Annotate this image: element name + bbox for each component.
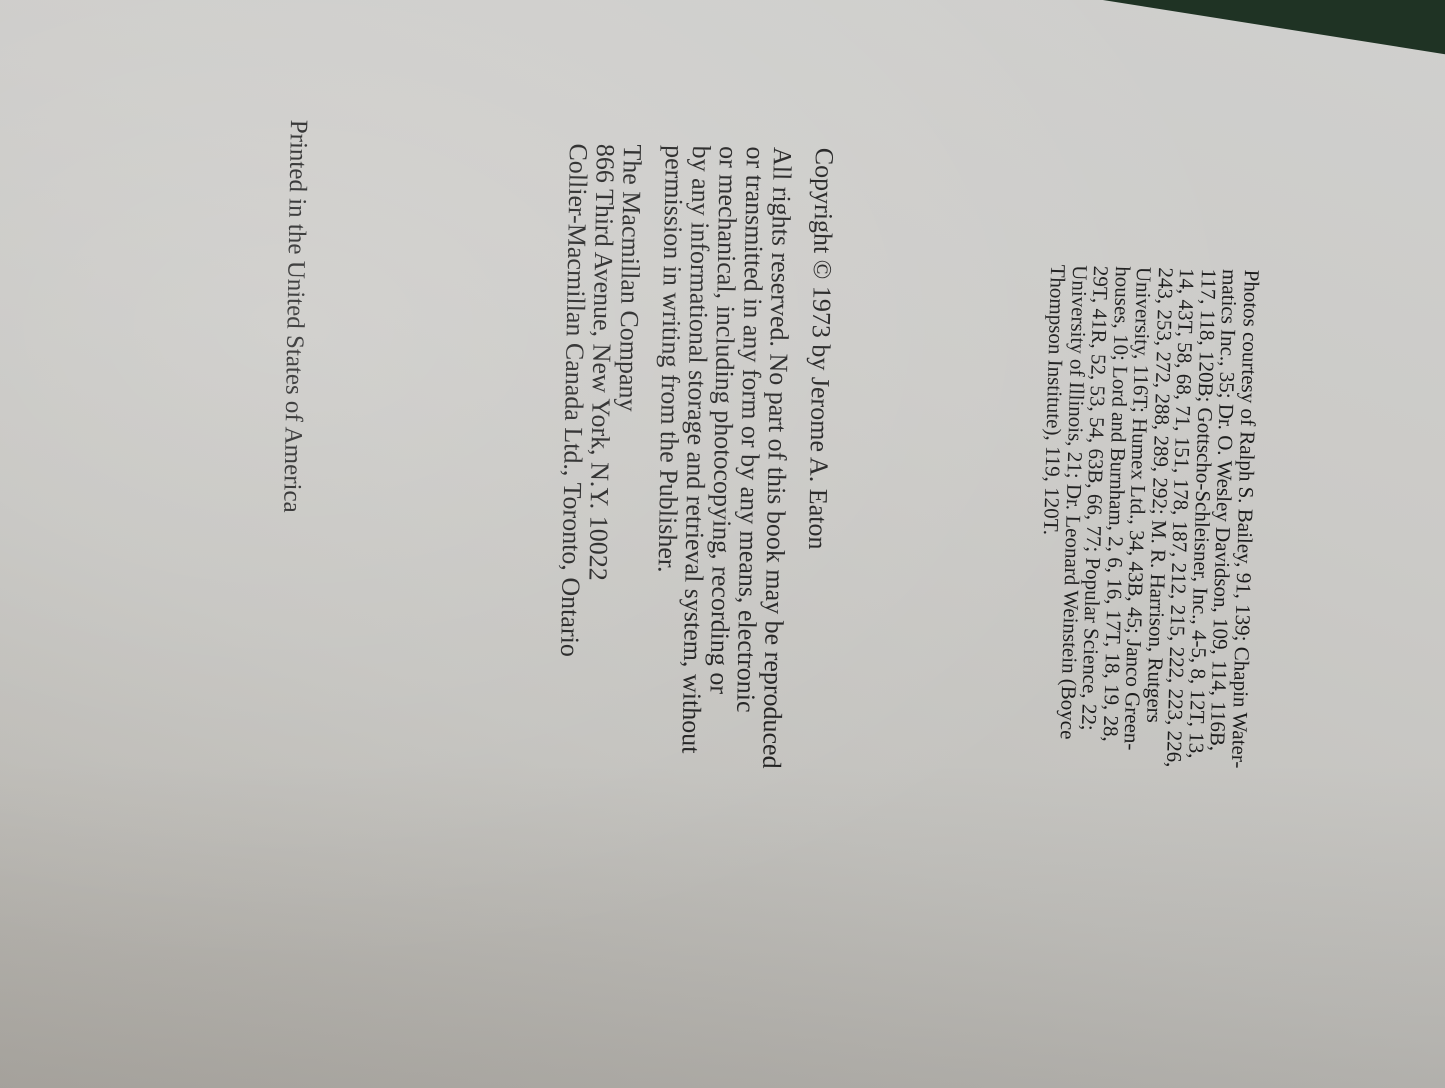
photo-credits: Photos courtesy of Ralph S. Bailey, 91, …	[1034, 264, 1262, 769]
printed-in-text: Printed in the United States of America	[278, 120, 312, 513]
printed-in-notice: Printed in the United States of America	[278, 120, 312, 513]
copyright-block: Copyright © 1973 by Jerome A. Eaton All …	[554, 143, 838, 769]
book-cover-edge	[1082, 0, 1445, 62]
